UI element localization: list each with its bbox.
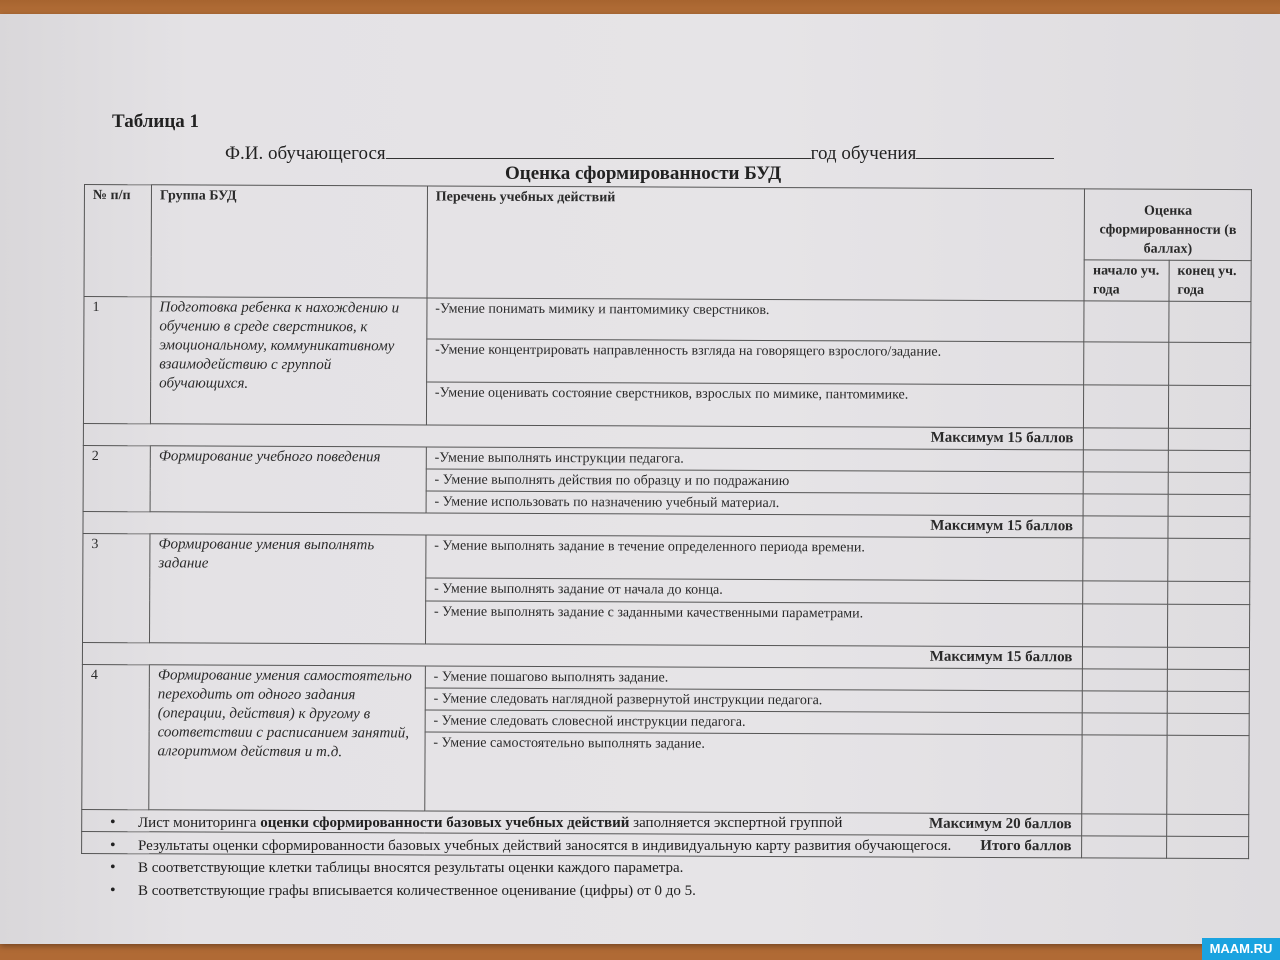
study-year-label: год обучения <box>811 143 917 164</box>
action-text: - Умение следовать наглядной развернутой… <box>425 688 1083 713</box>
action-text: -Умение выполнять инструкции педагога. <box>426 447 1084 472</box>
document-title: Оценка сформированности БУД <box>505 163 781 185</box>
score-end-cell[interactable] <box>1168 494 1250 516</box>
score-end-cell[interactable] <box>1167 691 1249 713</box>
score-start-cell[interactable] <box>1083 494 1167 516</box>
score-start-cell[interactable] <box>1083 581 1167 604</box>
action-row: 1Подготовка ребенка к нахождению и обуче… <box>84 297 1251 343</box>
note-item: Лист мониторинга оценки сформированности… <box>110 812 951 835</box>
score-end-cell[interactable] <box>1167 735 1250 814</box>
header-actions: Перечень учебных действий <box>427 186 1085 301</box>
header-start: начало уч. года <box>1084 260 1169 301</box>
action-text: - Умение выполнять задание в течение опр… <box>426 535 1084 581</box>
site-watermark: MAAM.RU <box>1202 938 1280 960</box>
max-score-start-cell[interactable] <box>1082 814 1166 836</box>
score-end-cell[interactable] <box>1167 581 1249 604</box>
score-start-cell[interactable] <box>1082 735 1167 814</box>
score-end-cell[interactable] <box>1168 538 1250 581</box>
score-end-cell[interactable] <box>1167 713 1249 735</box>
score-end-cell[interactable] <box>1168 472 1250 494</box>
note-text: Лист мониторинга <box>138 815 260 831</box>
section-number: 2 <box>83 445 150 511</box>
header-score: Оценка сформированности (в баллах) <box>1085 189 1252 261</box>
max-score-end-cell[interactable] <box>1166 814 1248 836</box>
notes-list: Лист мониторинга оценки сформированности… <box>110 812 951 902</box>
note-item: Результаты оценки сформированности базов… <box>110 835 951 858</box>
header-num: № п/п <box>84 185 152 297</box>
score-end-cell[interactable] <box>1168 342 1250 385</box>
action-text: - Умение выполнять задание с заданными к… <box>425 601 1083 647</box>
action-text: - Умение выполнять действия по образцу и… <box>426 469 1084 494</box>
section-number: 3 <box>82 533 150 642</box>
score-start-cell[interactable] <box>1083 713 1167 735</box>
group-name: Формирование умения выполнять задание <box>150 534 426 644</box>
score-start-cell[interactable] <box>1083 669 1167 691</box>
section-number: 1 <box>83 297 151 424</box>
group-name: Подготовка ребенка к нахождению и обучен… <box>151 297 427 425</box>
score-start-cell[interactable] <box>1084 472 1168 494</box>
action-text: - Умение самостоятельно выполнять задани… <box>425 732 1083 814</box>
action-text: - Умение выполнять задание от начала до … <box>426 578 1084 604</box>
score-end-cell[interactable] <box>1167 669 1249 691</box>
score-start-cell[interactable] <box>1084 301 1169 342</box>
note-item: В соответствующие графы вписывается коли… <box>110 880 951 903</box>
max-score-start-cell[interactable] <box>1083 647 1167 669</box>
table-label: Таблица 1 <box>112 111 199 133</box>
action-text: -Умение понимать мимику и пантомимику св… <box>427 298 1085 342</box>
action-text: - Умение пошагово выполнять задание. <box>425 666 1083 691</box>
header-end: конец уч. года <box>1169 260 1251 301</box>
action-text: -Умение оценивать состояние сверстников,… <box>426 382 1084 428</box>
score-end-cell[interactable] <box>1167 604 1249 647</box>
score-start-cell[interactable] <box>1084 385 1169 428</box>
score-end-cell[interactable] <box>1169 301 1251 342</box>
note-bold-text: оценки сформированности базовых учебных … <box>260 815 629 831</box>
score-start-cell[interactable] <box>1083 691 1167 713</box>
max-score-start-cell[interactable] <box>1084 428 1168 450</box>
max-score-end-cell[interactable] <box>1167 647 1249 669</box>
note-text: Результаты оценки сформированности базов… <box>138 838 951 854</box>
header-row: № п/п Группа БУД Перечень учебных действ… <box>84 185 1251 261</box>
note-text: В соответствующие клетки таблицы вносятс… <box>138 860 683 876</box>
score-start-cell[interactable] <box>1083 538 1168 581</box>
action-text: - Умение следовать словесной инструкции … <box>425 710 1083 735</box>
action-text: - Умение использовать по назначению учеб… <box>426 491 1084 516</box>
max-score-end-cell[interactable] <box>1168 428 1250 450</box>
study-year-field[interactable] <box>916 140 1054 159</box>
group-name: Формирование учебного поведения <box>150 446 426 513</box>
header-group: Группа БУД <box>151 185 427 298</box>
score-start-cell[interactable] <box>1084 450 1168 472</box>
group-name: Формирование умения самостоятельно перех… <box>149 665 425 811</box>
note-text-tail: заполняется экспертной группой <box>629 815 842 831</box>
paper-sheet: Таблица 1 Ф.И. обучающегосягод обучения … <box>0 14 1280 944</box>
section-number: 4 <box>82 664 150 809</box>
note-text: В соответствующие графы вписывается коли… <box>138 883 696 899</box>
total-end-cell[interactable] <box>1166 836 1248 858</box>
score-end-cell[interactable] <box>1168 450 1250 472</box>
total-start-cell[interactable] <box>1082 836 1166 858</box>
action-row: 4Формирование умения самостоятельно пере… <box>82 664 1249 691</box>
student-name-field[interactable] <box>386 140 811 159</box>
action-row: 3Формирование умения выполнять задание- … <box>83 533 1250 581</box>
score-end-cell[interactable] <box>1168 385 1250 428</box>
score-start-cell[interactable] <box>1083 604 1168 647</box>
note-item: В соответствующие клетки таблицы вносятс… <box>110 857 951 880</box>
action-text: -Умение концентрировать направленность в… <box>426 339 1084 385</box>
student-name-label: Ф.И. обучающегося <box>225 143 386 164</box>
assessment-table: № п/п Группа БУД Перечень учебных действ… <box>81 184 1252 859</box>
max-score-end-cell[interactable] <box>1168 516 1250 538</box>
score-start-cell[interactable] <box>1084 342 1169 385</box>
max-score-start-cell[interactable] <box>1083 516 1167 538</box>
student-line: Ф.И. обучающегосягод обучения <box>225 140 1054 165</box>
action-row: 2Формирование учебного поведения-Умение … <box>83 445 1250 472</box>
